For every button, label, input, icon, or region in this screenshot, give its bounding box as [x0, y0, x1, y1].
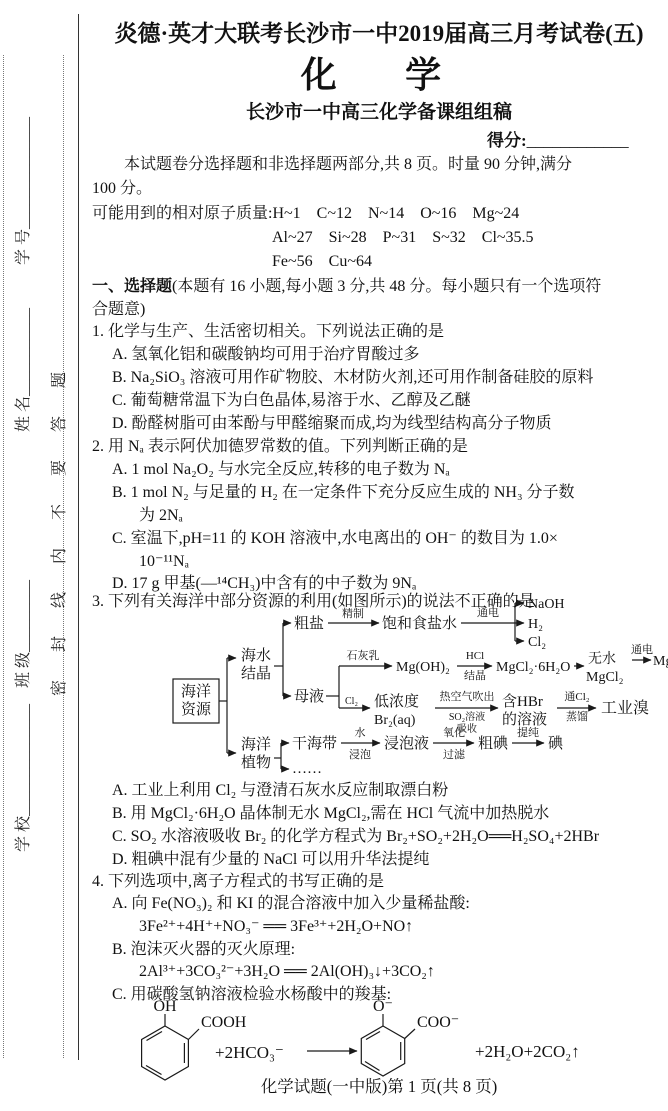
low-conc-label-1: 低浓度 — [374, 692, 419, 710]
crude-iodine-label: 粗碘 — [478, 735, 509, 752]
q1-option-a: A. 氢氧化铝和碳酸钠均可用于治疗胃酸过多 — [112, 345, 420, 365]
q2-option-a: A. 1 mol Na₂O₂ 与水完全反应,转移的电子数为 Nₐ — [112, 460, 450, 480]
margin-border-line — [78, 14, 79, 1060]
root-label-1: 海洋 — [181, 683, 211, 700]
atomic-masses-line-1: 可能用到的相对原子质量:H~1 C~12 N~14 O~16 Mg~24 — [92, 204, 519, 224]
iodine-label: 碘 — [548, 735, 564, 752]
electrolysis-label-2: 通电 — [631, 642, 653, 656]
crystallize-label: 结晶 — [464, 668, 486, 682]
q2-option-b-wrap: 为 2Nₐ — [139, 506, 183, 526]
q2-option-b: B. 1 mol N₂ 与足量的 H₂ 在一定条件下充分反应生成的 NH₃ 分子… — [112, 483, 575, 503]
q3-option-a: A. 工业上利用 Cl₂ 与澄清石灰水反应制取漂白粉 — [112, 781, 448, 801]
q4-option-b-equation: 2Al³⁺+3CO₃²⁻+3H₂O ══ 2Al(OH)₃↓+3CO₂↑ — [139, 962, 435, 982]
q2-option-c: C. 室温下,pH=11 的 KOH 溶液中,水电离出的 OH⁻ 的数目为 1.… — [112, 529, 558, 549]
dry-kelp-label: 干海带 — [292, 735, 337, 752]
exam-series-title: 炎德·英才大联考长沙市一中2019届高三月考试卷(五) — [90, 20, 668, 48]
score-label: 得分: — [487, 131, 527, 150]
section-1-note: (本题有 16 小题,每小题 3 分,共 48 分。每小题只有一个选项符 — [172, 278, 601, 295]
crude-salt-label: 粗盐 — [294, 614, 324, 632]
cut-line-dotted — [3, 55, 4, 1058]
marine-resources-diagram: 海洋 资源 海水 结晶 粗盐 精制 饱和食盐水 通电 NaOH H₂ Cl₂ 母… — [95, 596, 668, 780]
score-line: 得分:____________ — [487, 131, 629, 151]
q1-option-c: C. 葡萄糖常温下为白色晶体,易溶于水、乙醇及乙醚 — [112, 391, 471, 411]
q3-option-c: C. SO₂ 水溶液吸收 Br₂ 的化学方程式为 Br₂+SO₂+2H₂O══H… — [112, 827, 599, 847]
q3-option-d: D. 粗碘中混有少量的 NaCl 可以用升华法提纯 — [112, 850, 429, 870]
industrial-bromine-label: 工业溴 — [601, 699, 649, 717]
distill-label: 蒸馏 — [566, 709, 588, 723]
hot-air-label: 热空气吹出 — [440, 689, 495, 703]
anhydrous-label-2: MgCl₂ — [586, 670, 624, 685]
soak-label: 浸泡 — [349, 748, 371, 761]
mgcl2-6h2o-label: MgCl₂·6H₂O — [496, 660, 570, 675]
cl2-reagent-label: Cl₂ — [345, 696, 358, 707]
bicarbonate-reactant: +2HCO₃⁻ — [215, 1043, 284, 1062]
purify-label: 提纯 — [517, 725, 539, 739]
seal-line-text: 密 封 线 内 不 要 答 题 — [50, 328, 70, 696]
section-1-note-wrap: 合题意) — [92, 300, 145, 320]
benzene-ring-1 — [142, 1026, 189, 1080]
q3-option-b: B. 用 MgCl₂·6H₂O 晶体制无水 MgCl₂,需在 HCl 气流中加热… — [112, 804, 549, 824]
q4-option-a-equation: 3Fe²⁺+4H⁺+NO₃⁻ ══ 3Fe³⁺+2H₂O+NO↑ — [139, 917, 413, 937]
carboxyl-label: COOH — [201, 1014, 247, 1031]
seawater-label-1: 海水 — [241, 647, 271, 664]
atomic-masses-line-2: Al~27 Si~28 P~31 S~32 Cl~35.5 — [272, 228, 534, 248]
oxidize-label: 氧化 — [443, 725, 465, 739]
so2-absorb-label-1: SO₂溶液 — [449, 710, 485, 723]
hcl-label: HCl — [466, 650, 484, 662]
class-field: 班 级_________ — [14, 568, 34, 688]
water-label: 水 — [355, 725, 366, 739]
q2-stem: 2. 用 Nₐ 表示阿伏加德罗常数的值。下列判断正确的是 — [92, 437, 468, 457]
electrolysis-label-1: 通电 — [477, 605, 499, 619]
q4-stem: 4. 下列选项中,离子方程式的书写正确的是 — [92, 872, 384, 892]
cl2-label: Cl₂ — [528, 635, 546, 650]
mother-liquor-label: 母液 — [294, 687, 324, 705]
plants-label-1: 海洋 — [241, 736, 271, 753]
score-blank: ____________ — [527, 131, 629, 150]
anhydrous-label-1: 无水 — [588, 650, 616, 667]
benzene-ring-2 — [361, 1026, 404, 1076]
low-conc-label-2: Br₂(aq) — [374, 713, 416, 728]
pass-cl2-label: 通Cl₂ — [564, 690, 589, 703]
naoh-label: NaOH — [528, 597, 565, 612]
intro-line-2: 100 分。 — [92, 179, 152, 199]
plants-label-2: 植物 — [241, 753, 271, 771]
student-name-field: 姓 名___________ — [14, 267, 34, 432]
lime-milk-label: 石灰乳 — [347, 649, 380, 662]
intro-line-1: 本试题卷分选择题和非选择题两部分,共 8 页。时量 90 分钟,满分 — [124, 155, 572, 175]
q2-option-c-wrap: 10⁻¹¹Nₐ — [139, 552, 189, 572]
hydroxyl-label: OH — [153, 1000, 177, 1015]
h2-label: H₂ — [528, 617, 543, 632]
refine-label: 精制 — [342, 606, 364, 620]
page-footer: 化学试题(一中版)第 1 页(共 8 页) — [90, 1077, 668, 1097]
school-field: 学 校______________ — [14, 694, 34, 852]
phenolate-label: O⁻ — [373, 1000, 393, 1015]
q4-option-a: A. 向 Fe(NO₃)₂ 和 KI 的混合溶液中加入少量稀盐酸: — [112, 894, 470, 914]
section-1-heading: 一、选择题(本题有 16 小题,每小题 3 分,共 48 分。每小题只有一个选项… — [92, 277, 601, 297]
carboxylate-label: COO⁻ — [417, 1014, 459, 1031]
mgoh2-label: Mg(OH)₂ — [396, 660, 450, 675]
q1-stem: 1. 化学与生产、生活密切相关。下列说法正确的是 — [92, 322, 444, 342]
section-1-title: 一、选择题 — [92, 278, 172, 295]
byline: 长沙市一中高三化学备课组组稿 — [90, 101, 668, 125]
root-label-2: 资源 — [181, 701, 212, 718]
soak-liquid-label: 浸泡液 — [384, 734, 429, 752]
atomic-masses-line-3: Fe~56 Cu~64 — [272, 252, 372, 272]
student-id-field: 学 号______________ — [14, 97, 34, 265]
hbr-solution-label-2: 的溶液 — [502, 710, 547, 728]
ellipsis-label: …… — [292, 761, 322, 777]
subject-title: 化 学 — [90, 54, 668, 96]
hbr-solution-label-1: 含HBr — [502, 693, 543, 710]
products-tail: +2H₂O+2CO₂↑ — [475, 1042, 580, 1061]
exam-paper-page: 学 号______________ 姓 名___________ 班 级____… — [0, 0, 668, 1111]
q1-option-d: D. 酚醛树脂可由苯酚与甲醛缩聚而成,均为线型结构高分子物质 — [112, 414, 552, 434]
filter-label: 过滤 — [443, 747, 466, 761]
q1-option-b: B. Na₂SiO₃ 溶液可用作矿物胶、木材防火剂,还可用作制备硅胶的原料 — [112, 368, 593, 388]
mg-label: Mg — [653, 654, 668, 669]
saturated-brine-label: 饱和食盐水 — [382, 614, 457, 632]
q4-option-b: B. 泡沫灭火器的灭火原理: — [112, 940, 295, 960]
seawater-label-2: 结晶 — [241, 665, 271, 682]
q2-option-d: D. 17 g 甲基(—¹⁴CH₃)中含有的中子数为 9Nₐ — [112, 574, 416, 594]
salicylic-acid-reaction: OH COOH +2HCO₃⁻ O⁻ COO⁻ +2H₂O+2CO₂↑ — [95, 1000, 665, 1082]
